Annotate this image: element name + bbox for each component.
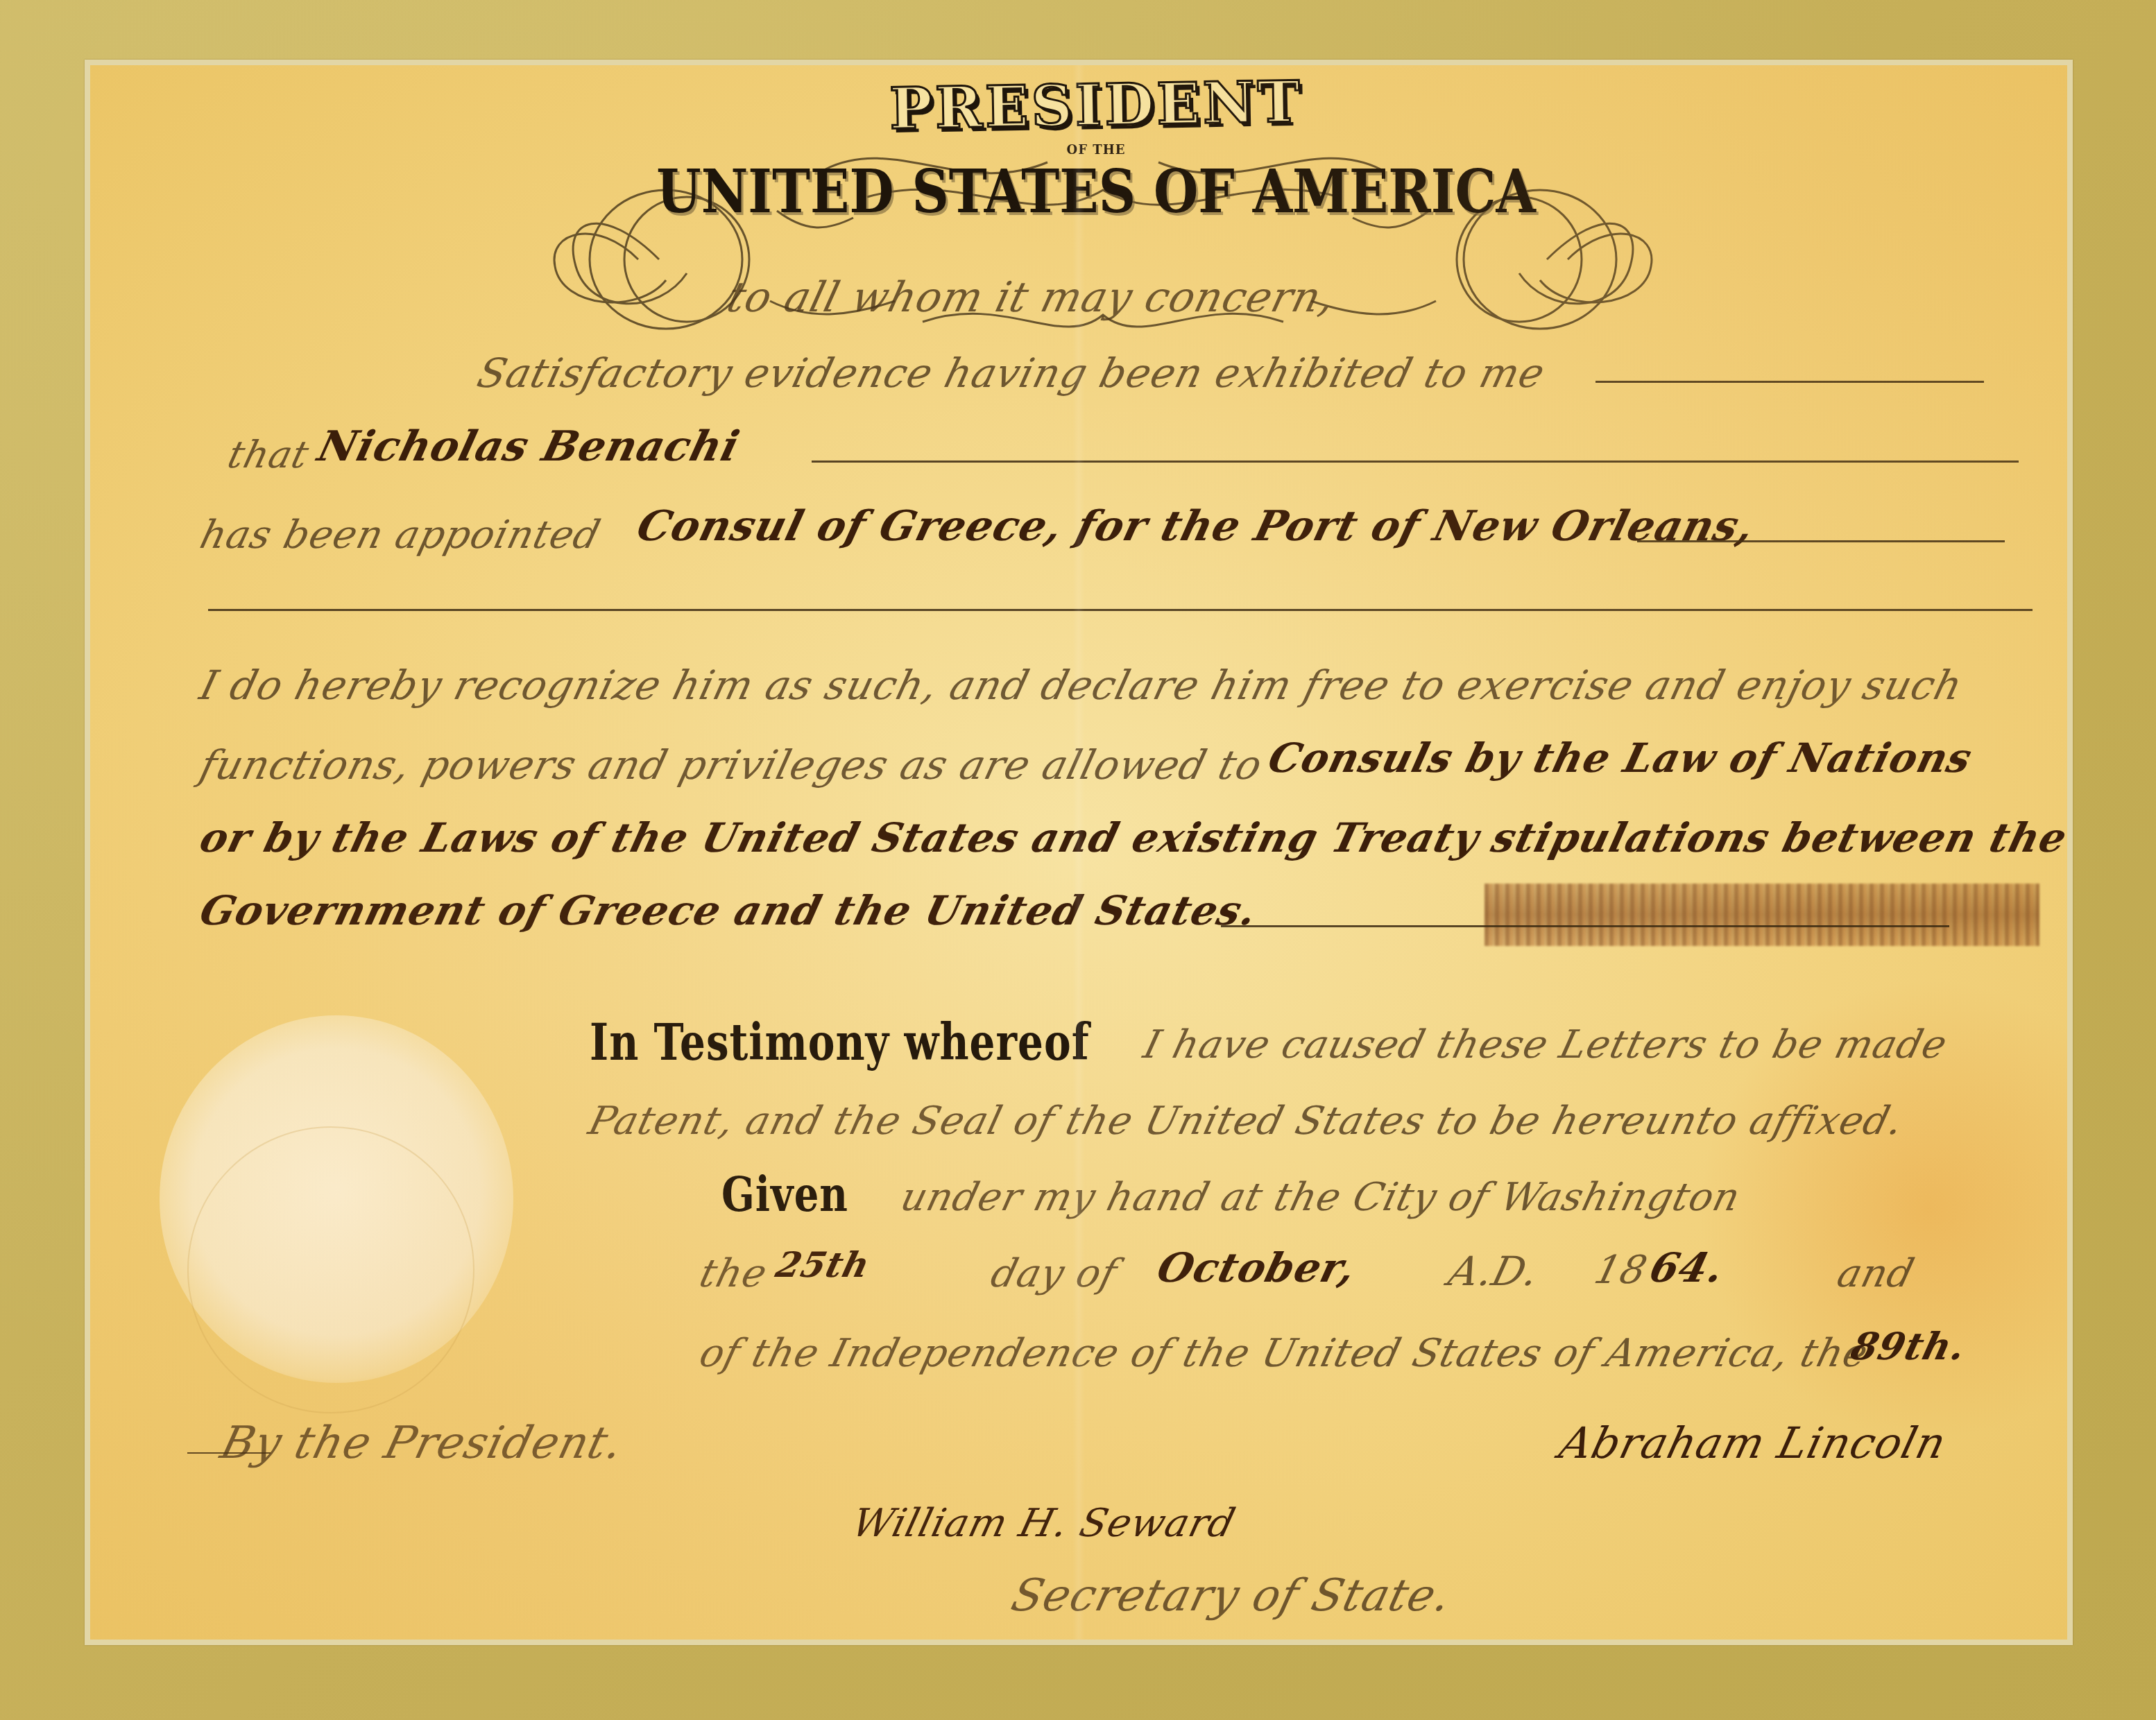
president-signature: Abraham Lincoln bbox=[1555, 1418, 1951, 1468]
independence-line: of the Independence of the United States… bbox=[695, 1331, 1873, 1376]
independence-year: 89th. bbox=[1847, 1324, 1971, 1368]
header-of-the: OF THE bbox=[1034, 143, 1158, 157]
blank-rule bbox=[812, 461, 2019, 463]
embossed-seal bbox=[160, 1015, 513, 1383]
given-heading: Given bbox=[721, 1166, 848, 1223]
date-prefix: the bbox=[695, 1251, 772, 1296]
body-line-appointed: has been appointed bbox=[196, 513, 605, 558]
testimony-heading: In Testimony whereof bbox=[590, 1013, 1090, 1072]
body-line-evidence: Satisfactory evidence having been exhibi… bbox=[473, 350, 1550, 397]
blank-rule-full bbox=[208, 609, 2033, 611]
salutation: to all whom it may concern, bbox=[722, 273, 1340, 322]
recognition-line-4: Government of Greece and the United Stat… bbox=[196, 887, 1263, 934]
header-title-president: PRESIDENT bbox=[853, 68, 1340, 143]
blank-rule bbox=[1221, 925, 1949, 927]
body-line-that: that bbox=[223, 433, 314, 476]
date-day-of: day of bbox=[986, 1251, 1122, 1296]
secretary-title: Secretary of State. bbox=[1007, 1570, 1457, 1622]
testimony-line-1: I have caused these Letters to be made bbox=[1139, 1022, 1952, 1067]
given-line: under my hand at the City of Washington bbox=[896, 1175, 1745, 1220]
date-month: October, bbox=[1153, 1244, 1361, 1291]
appointment-title: Consul of Greece, for the Port of New Or… bbox=[632, 502, 1759, 551]
recognition-line-3: or by the Laws of the United States and … bbox=[196, 814, 2067, 861]
date-year-handwritten: 64. bbox=[1645, 1244, 1729, 1291]
date-and: and bbox=[1833, 1251, 1919, 1296]
recognition-line-1: I do hereby recognize him as such, and d… bbox=[196, 662, 1968, 709]
blank-rule bbox=[1637, 540, 2005, 542]
testimony-line-2: Patent, and the Seal of the United State… bbox=[584, 1099, 1908, 1144]
signature-rule bbox=[187, 1452, 271, 1454]
blank-rule bbox=[1595, 381, 1984, 383]
recognition-line-2: functions, powers and privileges as are … bbox=[196, 741, 1267, 789]
appointee-name: Nicholas Benachi bbox=[313, 422, 744, 471]
header-country: UNITED STATES OF AMERICA bbox=[652, 158, 1540, 227]
by-the-president: By the President. bbox=[216, 1418, 628, 1469]
date-day: 25th bbox=[772, 1244, 875, 1285]
secretary-signature: William H. Seward bbox=[848, 1501, 1240, 1546]
ink-stain bbox=[1485, 884, 2039, 946]
date-year-printed: 18 bbox=[1590, 1248, 1652, 1293]
document-paper: PRESIDENT OF THE UNITED STATES OF AMERIC… bbox=[90, 65, 2067, 1640]
seal-ring bbox=[187, 1126, 474, 1413]
recognition-line-2-handwritten: Consuls by the Law of Nations bbox=[1264, 734, 1977, 782]
date-ad: A.D. bbox=[1444, 1248, 1544, 1295]
